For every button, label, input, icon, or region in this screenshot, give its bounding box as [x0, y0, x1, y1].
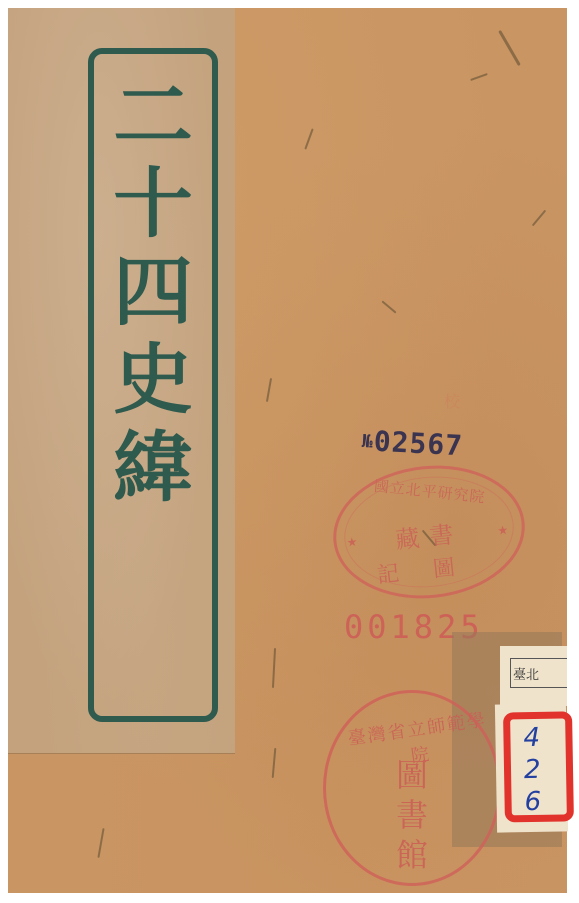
library-seal-char: 圖	[396, 755, 428, 795]
call-number-line: 6	[524, 786, 541, 818]
title-char: 二	[113, 72, 193, 160]
paper-fiber	[304, 128, 313, 149]
call-number-text: 4 2 6	[523, 722, 541, 818]
call-number-label: 4 2 6	[495, 703, 568, 832]
paper-fiber	[272, 748, 277, 778]
title-char: 緯	[113, 424, 193, 512]
paper-fiber	[532, 210, 546, 227]
title-frame: 二 十 四 史 緯	[88, 48, 218, 722]
paper-fiber	[266, 378, 272, 402]
library-seal-stamp: 臺灣省立師範學院 圖 書 館	[323, 690, 501, 886]
call-number-line: 2	[524, 754, 541, 786]
accession-value: 02567	[373, 425, 464, 463]
paper-fiber	[381, 300, 396, 313]
paper-fiber	[97, 828, 104, 858]
library-seal-char: 館	[396, 835, 428, 875]
title-slip: 二 十 四 史 緯	[8, 8, 235, 754]
book-title: 二 十 四 史 緯	[94, 72, 212, 512]
call-number-line: 4	[523, 722, 540, 754]
accession-mark: 校	[444, 389, 460, 412]
library-seal-center-text: 圖 書 館	[326, 755, 498, 875]
title-char: 十	[113, 160, 193, 248]
paper-fiber	[470, 73, 488, 81]
location-label-text: 臺北	[513, 664, 539, 683]
title-char: 四	[113, 248, 193, 336]
title-char: 史	[113, 336, 193, 424]
accession-number: №02567	[361, 424, 464, 462]
paper-fiber	[272, 648, 276, 688]
library-seal-char: 書	[396, 795, 428, 835]
location-label: 臺北	[500, 646, 567, 706]
paper-fiber	[498, 30, 521, 66]
